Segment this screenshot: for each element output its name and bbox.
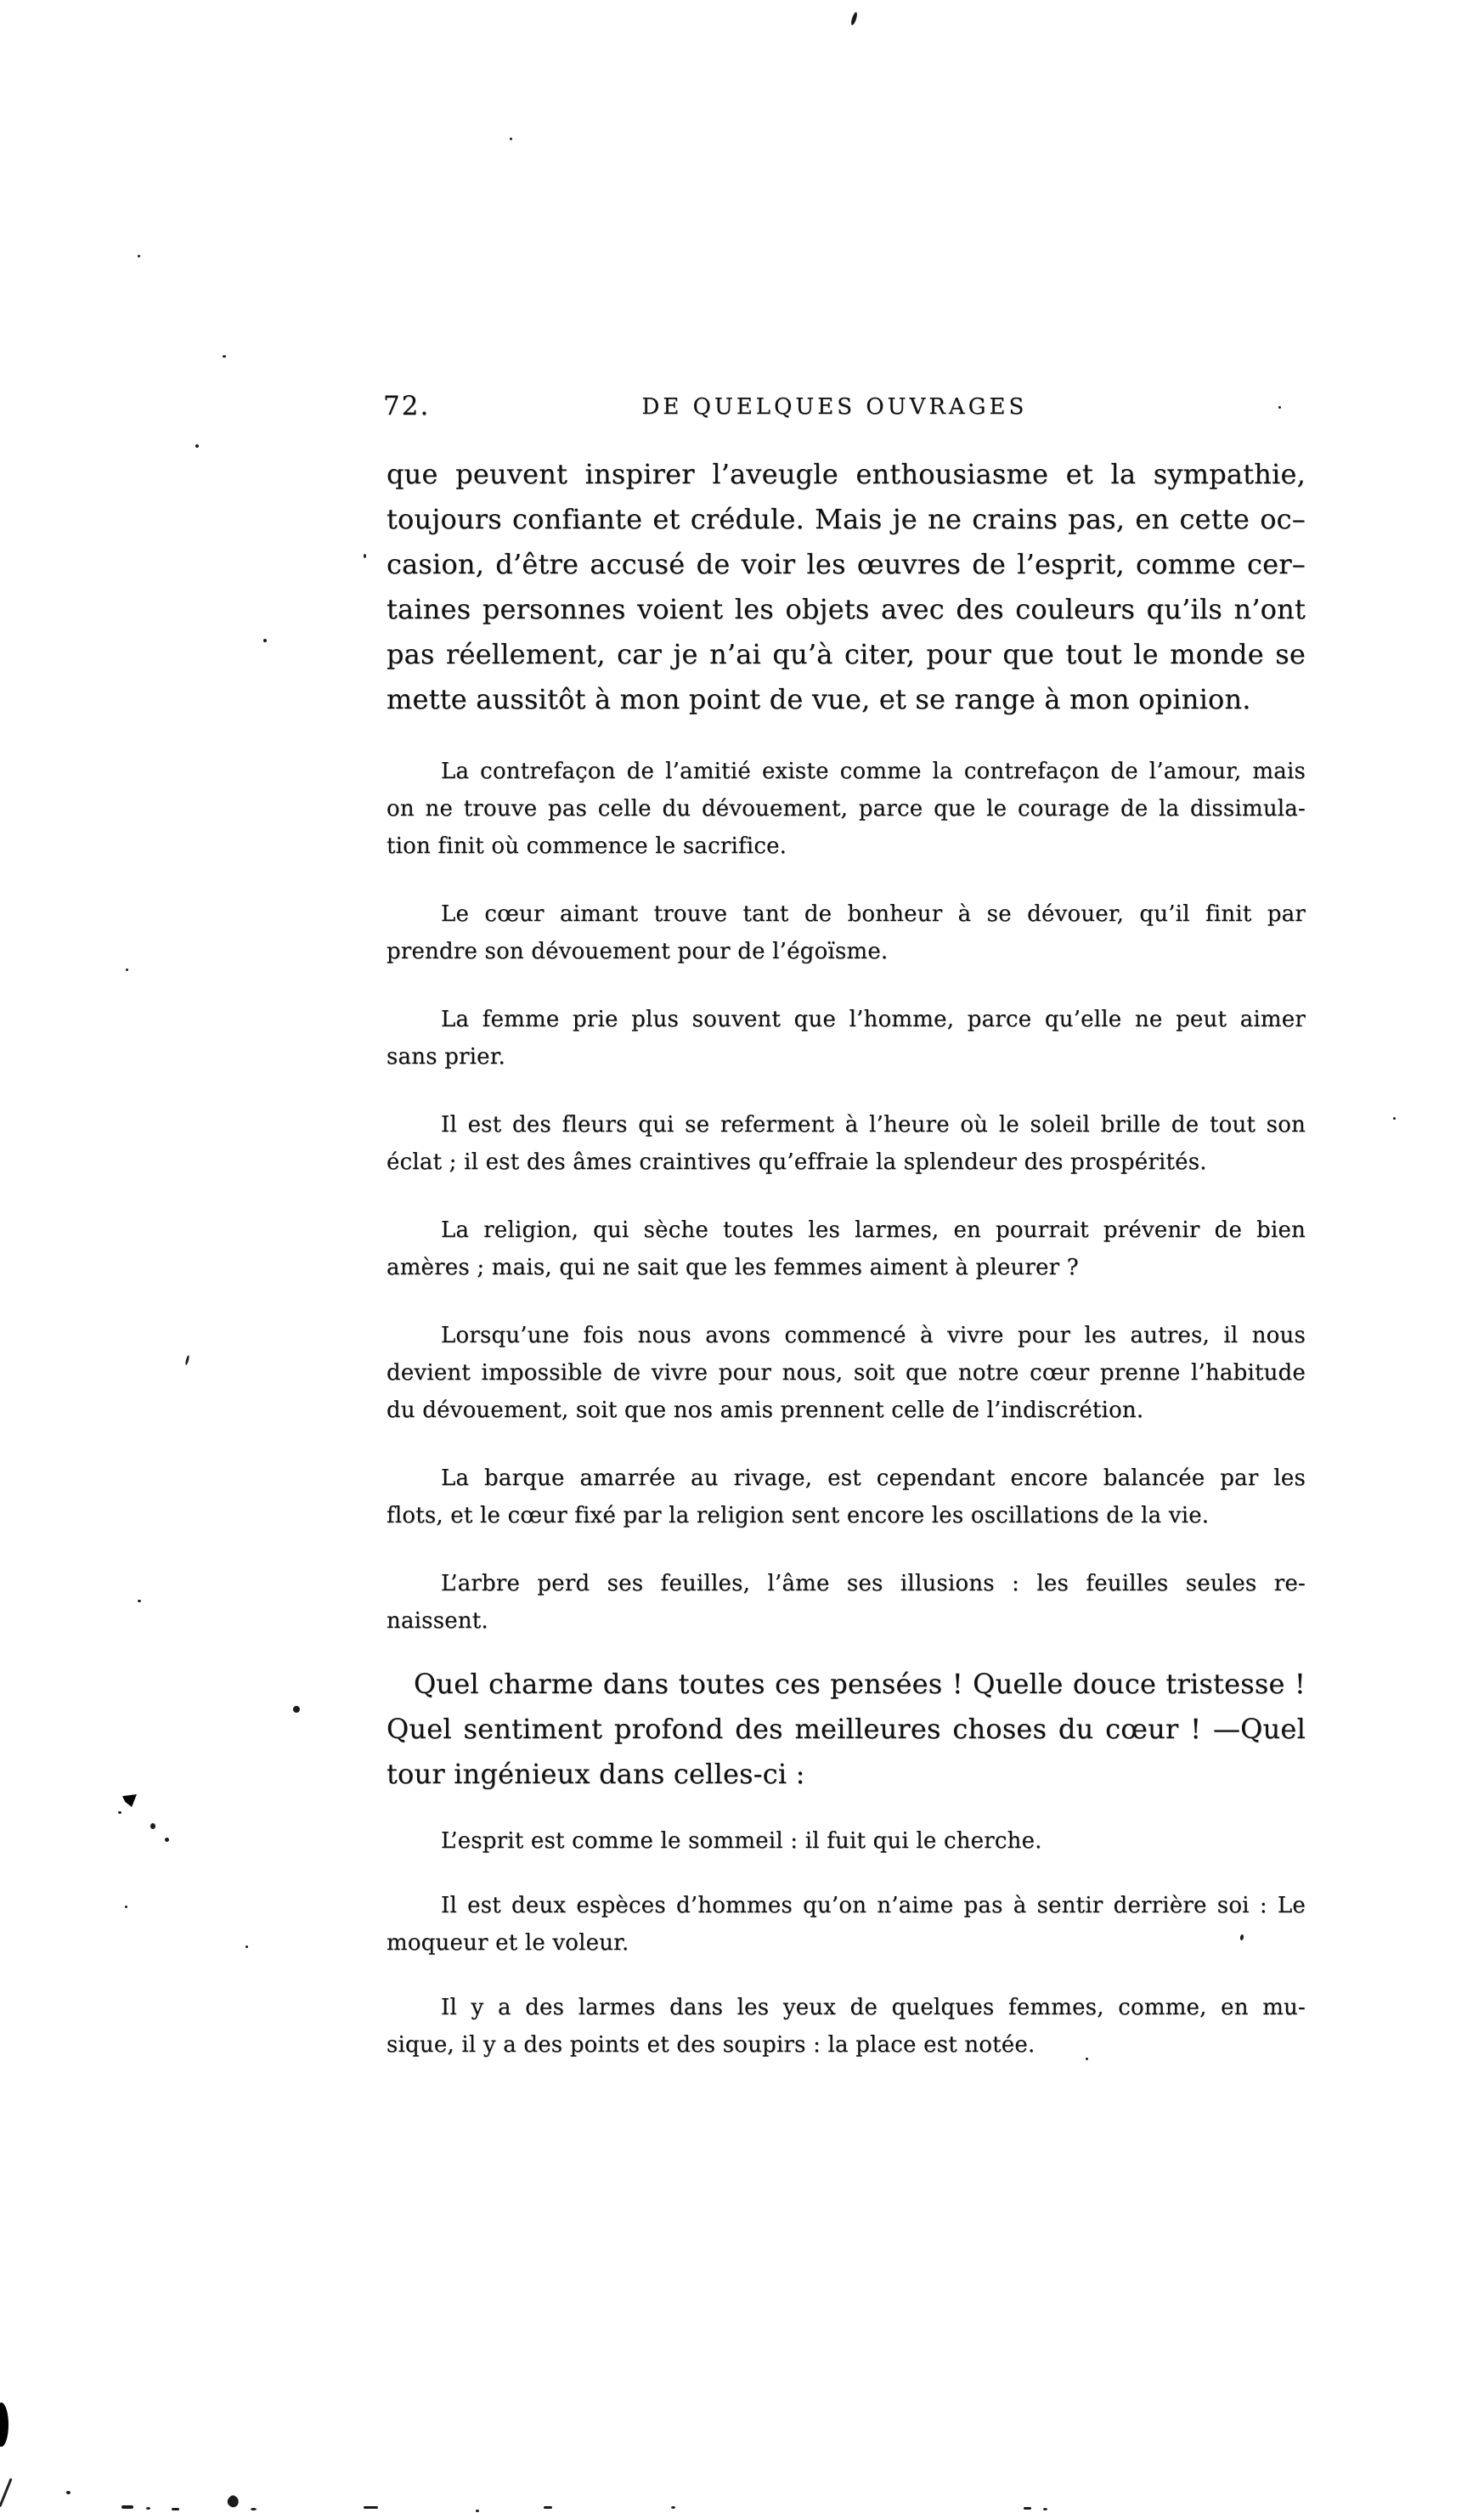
scan-speck: [510, 138, 512, 140]
ink-blot: [122, 1794, 137, 1807]
scan-speck: [364, 2506, 378, 2509]
text-line: devient impossible de vivre pour nous, s…: [387, 1354, 1306, 1392]
page-header: 72. DE QUELQUES OUVRAGES: [387, 391, 1306, 430]
scan-speck: [1086, 2058, 1088, 2060]
aphorism-paragraph: Il est des fleurs qui se referment à l’h…: [387, 1106, 1306, 1181]
aphorism-paragraph: La contrefaçon de l’amitié existe comme …: [387, 753, 1306, 865]
page-number: 72.: [383, 391, 430, 421]
text-line: tion finit où commence le sacrifice.: [387, 827, 1306, 865]
text-line: sans prier.: [387, 1038, 1306, 1076]
aphorism-paragraph: La femme prie plus souvent que l’homme, …: [387, 1001, 1306, 1076]
scan-speck: [263, 639, 267, 642]
text-line: que peuvent inspirer l’aveugle enthousia…: [387, 452, 1306, 497]
scan-speck: [1393, 1117, 1396, 1120]
scan-speck: [66, 2491, 71, 2494]
scan-speck: [165, 1838, 169, 1842]
scan-speck: [476, 2510, 479, 2512]
scan-speck: [245, 1945, 248, 1948]
text-line: amères ; mais, qui ne sait que les femme…: [387, 1249, 1306, 1286]
text-line: L’esprit est comme le sommeil : il fuit …: [387, 1822, 1306, 1860]
scan-speck: [118, 1811, 121, 1814]
scan-speck: [125, 1906, 127, 1908]
scan-speck: [172, 2508, 179, 2510]
paragraph-intro: que peuvent inspirer l’aveugle enthousia…: [387, 452, 1306, 722]
scan-scratch: [0, 2478, 13, 2508]
text-line: éclat ; il est des âmes craintives qu’ef…: [387, 1144, 1306, 1181]
text-column: 72. DE QUELQUES OUVRAGES que peuvent ins…: [387, 391, 1306, 2064]
text-line: tour ingénieux dans celles-ci :: [387, 1752, 1306, 1797]
text-line: Le cœur aimant trouve tant de bonheur à …: [387, 895, 1306, 933]
scan-speck: [150, 1823, 155, 1829]
scan-speck: [1024, 2507, 1031, 2510]
text-line: du dévouement, soit que nos amis prennen…: [387, 1392, 1306, 1429]
text-line: L’arbre perd ses feuilles, l’âme ses ill…: [387, 1565, 1306, 1602]
text-line: Quel sentiment profond des meilleures ch…: [387, 1707, 1306, 1752]
scan-speck: [671, 2506, 675, 2509]
scan-speck: [850, 12, 859, 26]
scan-speck: [195, 444, 199, 448]
text-line: La religion, qui sèche toutes les larmes…: [387, 1211, 1306, 1249]
text-line: Lorsqu’une fois nous avons commencé à vi…: [387, 1317, 1306, 1354]
text-line: sique, il y a des points et des soupirs …: [387, 2026, 1306, 2064]
scan-speck: [146, 2507, 150, 2510]
aphorism-paragraph: Lorsqu’une fois nous avons commencé à vi…: [387, 1317, 1306, 1429]
paragraph-commentary: Quel charme dans toutes ces pensées ! Qu…: [387, 1662, 1306, 1797]
aphorism-paragraph: Le cœur aimant trouve tant de bonheur à …: [387, 895, 1306, 970]
aphorism-paragraph: L’arbre perd ses feuilles, l’âme ses ill…: [387, 1565, 1306, 1640]
book-page-scan: 72. DE QUELQUES OUVRAGES que peuvent ins…: [0, 0, 1484, 2513]
text-line: casion, d’être accusé de voir les œuvres…: [387, 542, 1306, 587]
text-line: pas réellement, car je n’ai qu’à citer, …: [387, 632, 1306, 677]
scan-speck: [293, 1706, 300, 1713]
text-line: La femme prie plus souvent que l’homme, …: [387, 1001, 1306, 1038]
scan-speck: [184, 1355, 189, 1365]
text-line: Il est des fleurs qui se referment à l’h…: [387, 1106, 1306, 1144]
aphorism-paragraph: L’esprit est comme le sommeil : il fuit …: [387, 1822, 1306, 1860]
aphorism-paragraph: La religion, qui sèche toutes les larmes…: [387, 1211, 1306, 1286]
aphorism-paragraph: Il y a des larmes dans les yeux de quelq…: [387, 1989, 1306, 2064]
text-line: mette aussitôt à mon point de vue, et se…: [387, 677, 1306, 722]
text-line: taines personnes voient les objets avec …: [387, 587, 1306, 632]
text-line: La contrefaçon de l’amitié existe comme …: [387, 753, 1306, 790]
scan-speck: [223, 355, 226, 358]
scan-speck: [1043, 2508, 1047, 2510]
text-line: prendre son dévouement pour de l’égoïsme…: [387, 933, 1306, 970]
ink-blot: [0, 2403, 8, 2447]
text-line: on ne trouve pas celle du dévouement, pa…: [387, 790, 1306, 827]
text-line: naissent.: [387, 1602, 1306, 1640]
text-line: Il y a des larmes dans les yeux de quelq…: [387, 1989, 1306, 2026]
text-line: Quel charme dans toutes ces pensées ! Qu…: [387, 1662, 1306, 1707]
scan-speck: [138, 255, 140, 257]
scan-speck: [138, 1600, 141, 1602]
aphorism-paragraph: Il est deux espèces d’hommes qu’on n’aim…: [387, 1887, 1306, 1962]
scan-speck: [121, 2505, 133, 2509]
scan-speck: [126, 968, 128, 971]
text-line: toujours confiante et crédule. Mais je n…: [387, 497, 1306, 542]
scan-speck: [251, 2508, 257, 2510]
scan-speck: [544, 2506, 552, 2509]
text-line: Il est deux espèces d’hommes qu’on n’aim…: [387, 1887, 1306, 1924]
text-line: moqueur et le voleur.: [387, 1924, 1306, 1962]
text-line: La barque amarrée au rivage, est cependa…: [387, 1460, 1306, 1497]
aphorism-paragraph: La barque amarrée au rivage, est cependa…: [387, 1460, 1306, 1534]
running-title: DE QUELQUES OUVRAGES: [642, 394, 1028, 420]
scan-speck: [1278, 406, 1281, 409]
text-line: flots, et le cœur fixé par la religion s…: [387, 1497, 1306, 1534]
scan-speck: [364, 554, 366, 558]
scan-speck: [225, 2493, 240, 2509]
